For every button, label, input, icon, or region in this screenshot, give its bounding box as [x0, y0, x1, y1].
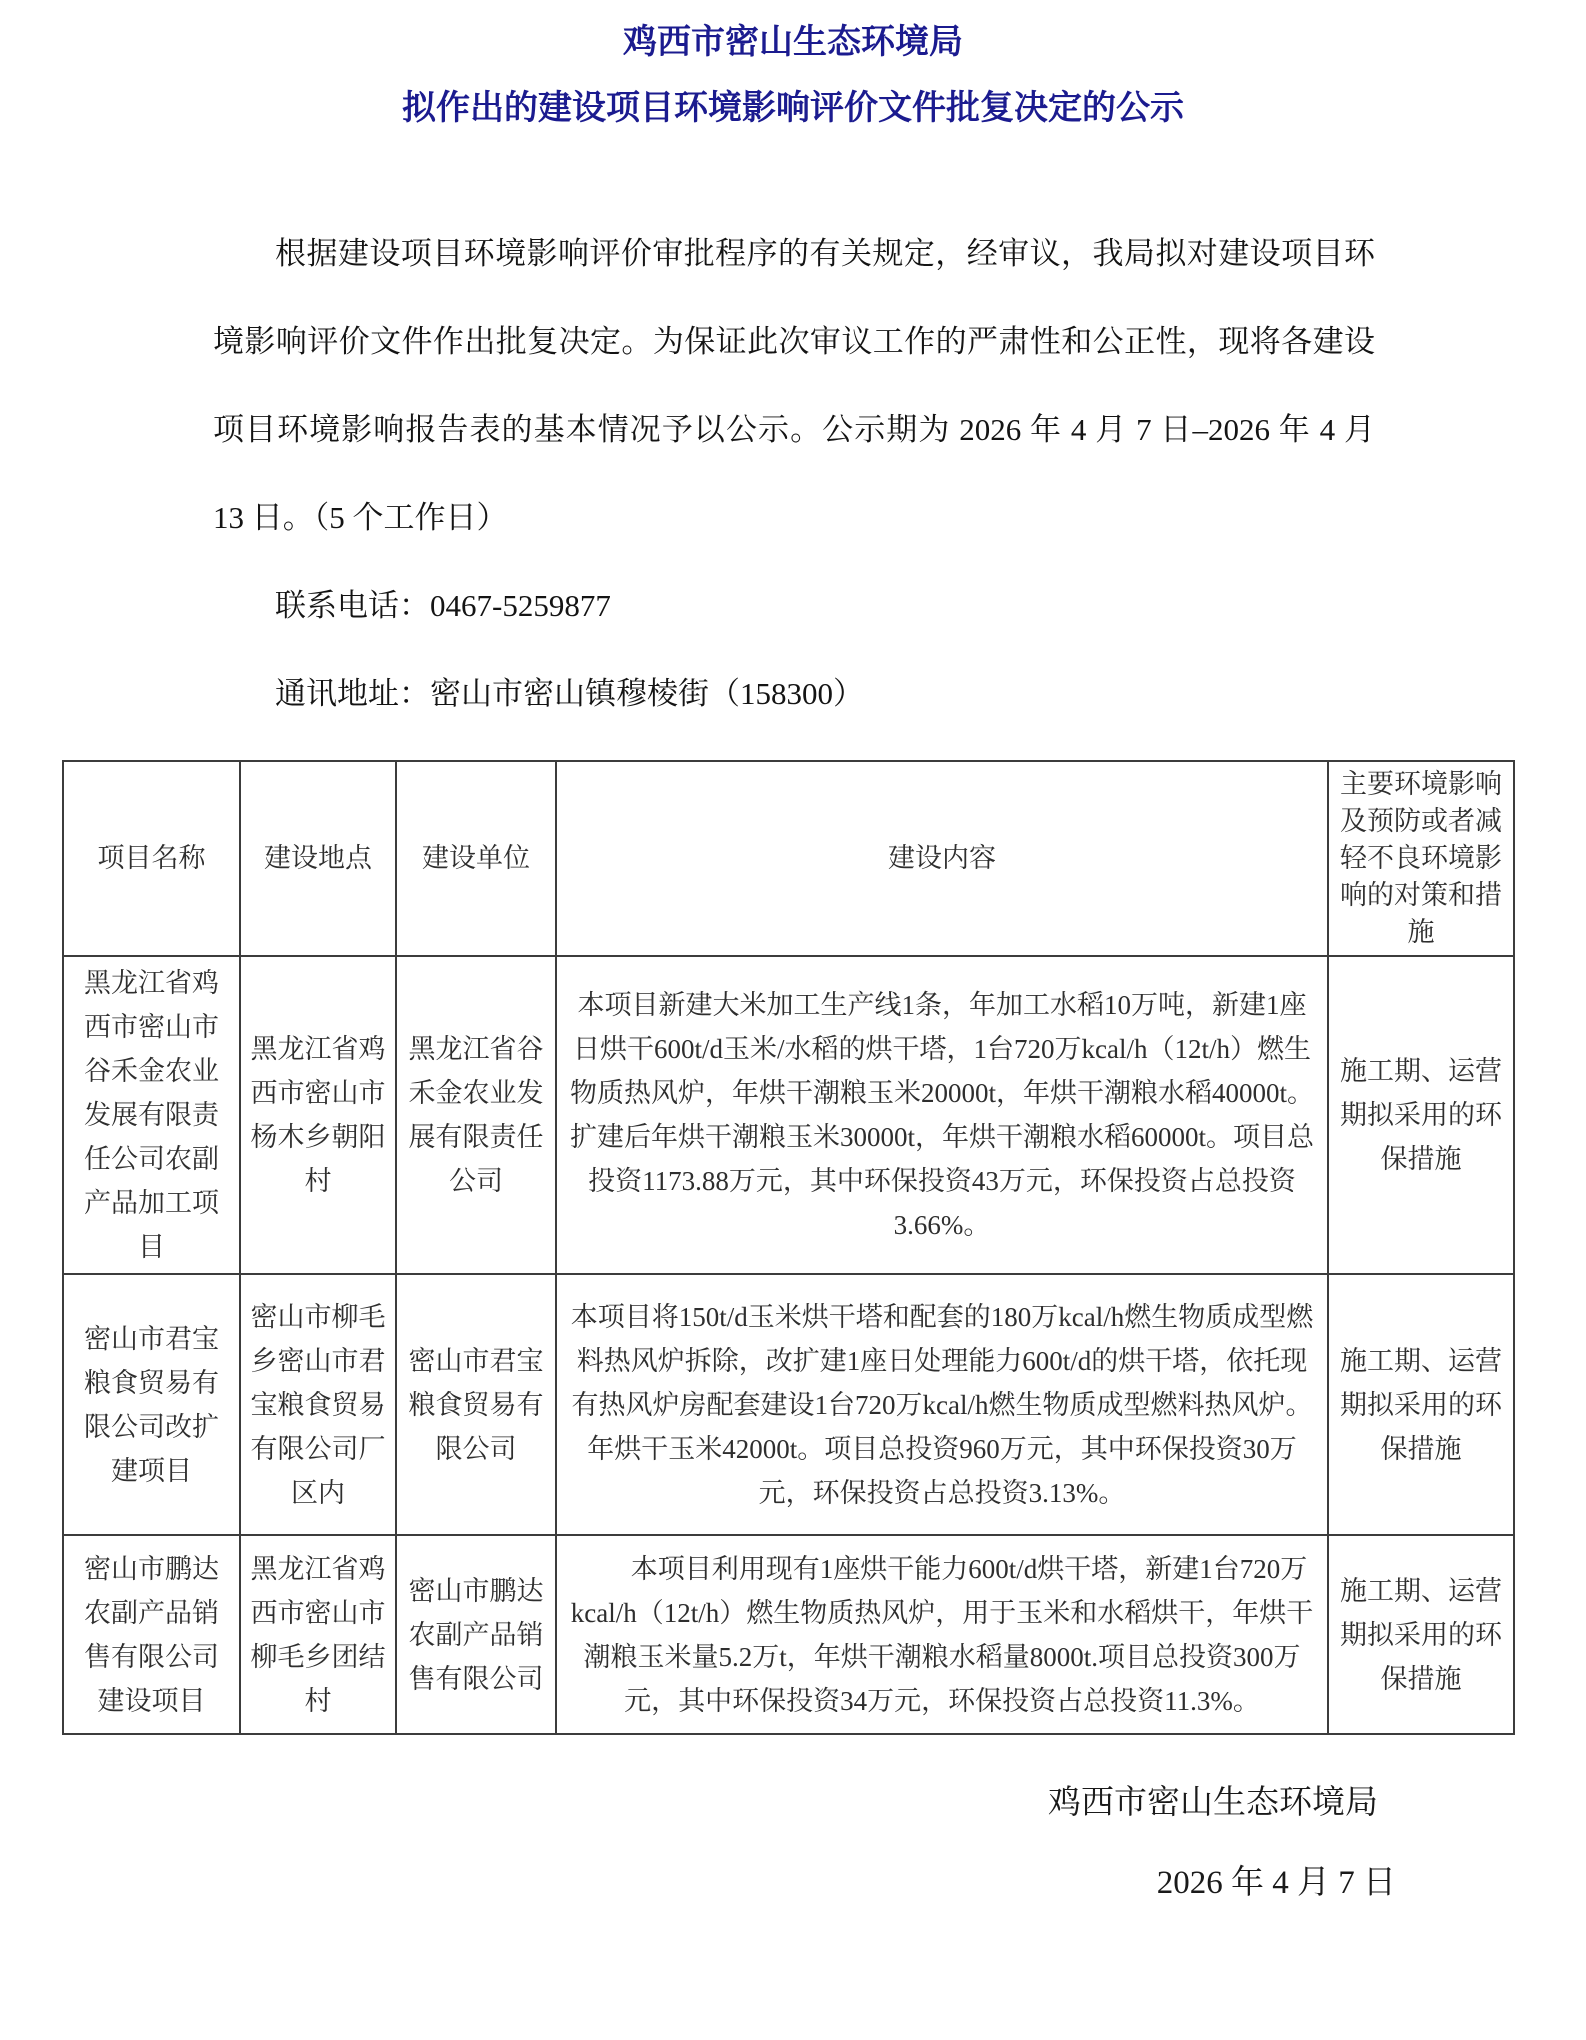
cell-content: 本项目新建大米加工生产线1条，年加工水稻10万吨，新建1座日烘干600t/d玉米…	[556, 956, 1328, 1274]
col-header-unit: 建设单位	[396, 761, 556, 956]
projects-table: 项目名称 建设地点 建设单位 建设内容 主要环境影响及预防或者减轻不良环境影响的…	[62, 760, 1515, 1735]
table-row: 黑龙江省鸡西市密山市谷禾金农业发展有限责任公司农副产品加工项目 黑龙江省鸡西市密…	[63, 956, 1514, 1274]
col-header-location: 建设地点	[240, 761, 396, 956]
footer-signature: 鸡西市密山生态环境局	[0, 1777, 1378, 1829]
cell-unit: 密山市鹏达农副产品销售有限公司	[396, 1535, 556, 1734]
footer-section: 鸡西市密山生态环境局 2026 年 4 月 7 日	[0, 1777, 1586, 1909]
footer-date: 2026 年 4 月 7 日	[0, 1857, 1396, 1909]
cell-unit: 密山市君宝粮食贸易有限公司	[396, 1274, 556, 1535]
cell-measures: 施工期、运营期拟采用的环保措施	[1328, 1535, 1514, 1734]
table-row: 密山市鹏达农副产品销售有限公司建设项目 黑龙江省鸡西市密山市柳毛乡团结村 密山市…	[63, 1535, 1514, 1734]
cell-content: 本项目利用现有1座烘干能力600t/d烘干塔，新建1台720万kcal/h（12…	[556, 1535, 1328, 1734]
cell-unit: 黑龙江省谷禾金农业发展有限责任公司	[396, 956, 556, 1274]
col-header-project-name: 项目名称	[63, 761, 240, 956]
cell-project-name: 黑龙江省鸡西市密山市谷禾金农业发展有限责任公司农副产品加工项目	[63, 956, 240, 1274]
intro-section: 根据建设项目环境影响评价审批程序的有关规定，经审议，我局拟对建设项目环境影响评价…	[213, 210, 1375, 738]
cell-project-name: 密山市君宝粮食贸易有限公司改扩建项目	[63, 1274, 240, 1535]
contact-phone-line: 联系电话：0467-5259877	[213, 562, 1375, 650]
intro-paragraph: 根据建设项目环境影响评价审批程序的有关规定，经审议，我局拟对建设项目环境影响评价…	[213, 210, 1375, 562]
cell-content: 本项目将150t/d玉米烘干塔和配套的180万kcal/h燃生物质成型燃料热风炉…	[556, 1274, 1328, 1535]
col-header-content: 建设内容	[556, 761, 1328, 956]
cell-measures: 施工期、运营期拟采用的环保措施	[1328, 1274, 1514, 1535]
contact-address-line: 通讯地址：密山市密山镇穆棱街（158300）	[213, 650, 1375, 738]
cell-measures: 施工期、运营期拟采用的环保措施	[1328, 956, 1514, 1274]
public-notice-document: 鸡西市密山生态环境局 拟作出的建设项目环境影响评价文件批复决定的公示 根据建设项…	[0, 0, 1586, 1909]
cell-location: 黑龙江省鸡西市密山市杨木乡朝阳村	[240, 956, 396, 1274]
cell-location: 黑龙江省鸡西市密山市柳毛乡团结村	[240, 1535, 396, 1734]
table-row: 密山市君宝粮食贸易有限公司改扩建项目 密山市柳毛乡密山市君宝粮食贸易有限公司厂区…	[63, 1274, 1514, 1535]
cell-location: 密山市柳毛乡密山市君宝粮食贸易有限公司厂区内	[240, 1274, 396, 1535]
cell-project-name: 密山市鹏达农副产品销售有限公司建设项目	[63, 1535, 240, 1734]
table-header-row: 项目名称 建设地点 建设单位 建设内容 主要环境影响及预防或者减轻不良环境影响的…	[63, 761, 1514, 956]
document-title-subject: 拟作出的建设项目环境影响评价文件批复决定的公示	[0, 90, 1586, 128]
document-title-agency: 鸡西市密山生态环境局	[0, 24, 1586, 62]
col-header-measures: 主要环境影响及预防或者减轻不良环境影响的对策和措施	[1328, 761, 1514, 956]
